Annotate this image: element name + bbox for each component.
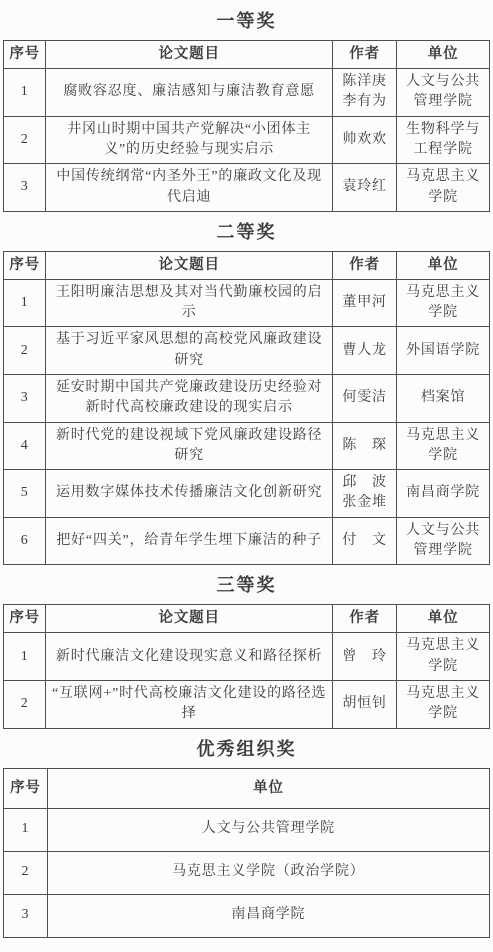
cell-unit: 马克思主义学院	[397, 422, 490, 470]
cell-author: 曹人龙	[333, 327, 397, 375]
cell-author: 付 文	[333, 517, 397, 565]
cell-paper-title: 基于习近平家风思想的高校党风廉政建设研究	[46, 327, 333, 375]
award-section-4: 优秀组织奖 序号单位 1人文与公共管理学院2马克思主义学院（政治学院）3南昌商学…	[3, 735, 490, 938]
table-row: 2基于习近平家风思想的高校党风廉政建设研究曹人龙外国语学院	[4, 327, 490, 375]
table-row: 3中国传统纲常“内圣外王”的廉政文化及现代启迪袁玲红马克思主义学院	[4, 164, 490, 212]
table-head: 序号论文题目作者单位	[4, 605, 490, 633]
column-header-paper-title: 论文题目	[46, 251, 333, 279]
cell-serial: 3	[4, 894, 48, 937]
table-row: 1新时代廉洁文化建设现实意义和路径探析曾 玲马克思主义学院	[4, 633, 490, 681]
cell-unit: 档案馆	[397, 375, 490, 423]
cell-author: 袁玲红	[333, 164, 397, 212]
cell-unit: 马克思主义学院	[397, 633, 490, 681]
cell-unit: 人文与公共管理学院	[47, 808, 489, 851]
cell-unit: 外国语学院	[397, 327, 490, 375]
cell-serial: 5	[4, 470, 46, 518]
column-header-author: 作者	[333, 41, 397, 69]
column-header-serial: 序号	[4, 768, 48, 808]
column-header-paper-title: 论文题目	[46, 41, 333, 69]
cell-author: 董甲河	[333, 279, 397, 327]
award-document: 一等奖 序号论文题目作者单位 1腐败容忍度、廉洁感知与廉洁教育意愿陈洋庚 李有为…	[0, 0, 493, 952]
cell-unit: 人文与公共管理学院	[397, 69, 490, 117]
cell-serial: 2	[4, 327, 46, 375]
table-header-row: 序号论文题目作者单位	[4, 605, 490, 633]
table-row: 2“互联网+”时代高校廉洁文化建设的路径选择胡恒钊马克思主义学院	[4, 680, 490, 728]
cell-serial: 6	[4, 517, 46, 565]
column-header-paper-title: 论文题目	[46, 605, 333, 633]
cell-author: 陈 琛	[333, 422, 397, 470]
cell-unit: 马克思主义学院（政治学院）	[47, 851, 489, 894]
cell-serial: 1	[4, 69, 46, 117]
award-section-3: 三等奖 序号论文题目作者单位 1新时代廉洁文化建设现实意义和路径探析曾 玲马克思…	[3, 571, 490, 728]
table-row: 6把好“四关”，给青年学生埋下廉洁的种子付 文人文与公共管理学院	[4, 517, 490, 565]
cell-unit: 马克思主义学院	[397, 279, 490, 327]
award-table: 序号论文题目作者单位 1王阳明廉洁思想及其对当代勤廉校园的启示董甲河马克思主义学…	[3, 251, 490, 566]
table-body: 1王阳明廉洁思想及其对当代勤廉校园的启示董甲河马克思主义学院2基于习近平家风思想…	[4, 279, 490, 565]
table-body: 1新时代廉洁文化建设现实意义和路径探析曾 玲马克思主义学院2“互联网+”时代高校…	[4, 633, 490, 728]
cell-unit: 人文与公共管理学院	[397, 517, 490, 565]
award-title: 优秀组织奖	[3, 735, 490, 761]
sections-root: 一等奖 序号论文题目作者单位 1腐败容忍度、廉洁感知与廉洁教育意愿陈洋庚 李有为…	[2, 7, 491, 938]
table-row: 2井冈山时期中国共产党解决“小团体主义”的历史经验与现实启示帅欢欢生物科学与工程…	[4, 116, 490, 164]
cell-serial: 2	[4, 116, 46, 164]
table-header-row: 序号论文题目作者单位	[4, 41, 490, 69]
table-row: 5运用数字媒体技术传播廉洁文化创新研究邱 波 张金堆南昌商学院	[4, 470, 490, 518]
award-title: 三等奖	[3, 571, 490, 597]
column-header-serial: 序号	[4, 605, 46, 633]
cell-unit: 南昌商学院	[47, 894, 489, 937]
table-head: 序号论文题目作者单位	[4, 41, 490, 69]
table-head: 序号论文题目作者单位	[4, 251, 490, 279]
cell-paper-title: 新时代廉洁文化建设现实意义和路径探析	[46, 633, 333, 681]
cell-author: 何雯洁	[333, 375, 397, 423]
cell-serial: 4	[4, 422, 46, 470]
cell-paper-title: “互联网+”时代高校廉洁文化建设的路径选择	[46, 680, 333, 728]
table-head: 序号单位	[4, 768, 490, 808]
cell-unit: 生物科学与工程学院	[397, 116, 490, 164]
cell-unit: 南昌商学院	[397, 470, 490, 518]
column-header-serial: 序号	[4, 251, 46, 279]
award-table: 序号论文题目作者单位 1腐败容忍度、廉洁感知与廉洁教育意愿陈洋庚 李有为人文与公…	[3, 40, 490, 212]
table-row: 2马克思主义学院（政治学院）	[4, 851, 490, 894]
cell-unit: 马克思主义学院	[397, 680, 490, 728]
table-row: 1王阳明廉洁思想及其对当代勤廉校园的启示董甲河马克思主义学院	[4, 279, 490, 327]
table-row: 1腐败容忍度、廉洁感知与廉洁教育意愿陈洋庚 李有为人文与公共管理学院	[4, 69, 490, 117]
award-section-2: 二等奖 序号论文题目作者单位 1王阳明廉洁思想及其对当代勤廉校园的启示董甲河马克…	[3, 218, 490, 566]
column-header-unit: 单位	[397, 251, 490, 279]
cell-author: 邱 波 张金堆	[333, 470, 397, 518]
cell-author: 帅欢欢	[333, 116, 397, 164]
cell-paper-title: 井冈山时期中国共产党解决“小团体主义”的历史经验与现实启示	[46, 116, 333, 164]
table-body: 1人文与公共管理学院2马克思主义学院（政治学院）3南昌商学院	[4, 808, 490, 937]
cell-serial: 3	[4, 375, 46, 423]
award-section-1: 一等奖 序号论文题目作者单位 1腐败容忍度、廉洁感知与廉洁教育意愿陈洋庚 李有为…	[3, 7, 490, 212]
cell-paper-title: 腐败容忍度、廉洁感知与廉洁教育意愿	[46, 69, 333, 117]
table-row: 1人文与公共管理学院	[4, 808, 490, 851]
column-header-serial: 序号	[4, 41, 46, 69]
column-header-unit: 单位	[397, 41, 490, 69]
cell-author: 胡恒钊	[333, 680, 397, 728]
cell-paper-title: 延安时期中国共产党廉政建设历史经验对新时代高校廉政建设的现实启示	[46, 375, 333, 423]
cell-serial: 1	[4, 279, 46, 327]
table-body: 1腐败容忍度、廉洁感知与廉洁教育意愿陈洋庚 李有为人文与公共管理学院2井冈山时期…	[4, 69, 490, 212]
table-row: 3南昌商学院	[4, 894, 490, 937]
table-row: 4新时代党的建设视域下党风廉政建设路径研究陈 琛马克思主义学院	[4, 422, 490, 470]
cell-paper-title: 运用数字媒体技术传播廉洁文化创新研究	[46, 470, 333, 518]
cell-serial: 3	[4, 164, 46, 212]
cell-paper-title: 新时代党的建设视域下党风廉政建设路径研究	[46, 422, 333, 470]
cell-serial: 2	[4, 851, 48, 894]
award-table: 序号论文题目作者单位 1新时代廉洁文化建设现实意义和路径探析曾 玲马克思主义学院…	[3, 604, 490, 728]
column-header-unit: 单位	[47, 768, 489, 808]
column-header-unit: 单位	[397, 605, 490, 633]
award-title: 二等奖	[3, 218, 490, 244]
table-header-row: 序号单位	[4, 768, 490, 808]
cell-serial: 1	[4, 808, 48, 851]
table-header-row: 序号论文题目作者单位	[4, 251, 490, 279]
cell-unit: 马克思主义学院	[397, 164, 490, 212]
award-table: 序号单位 1人文与公共管理学院2马克思主义学院（政治学院）3南昌商学院	[3, 768, 490, 938]
cell-paper-title: 王阳明廉洁思想及其对当代勤廉校园的启示	[46, 279, 333, 327]
cell-author: 曾 玲	[333, 633, 397, 681]
cell-author: 陈洋庚 李有为	[333, 69, 397, 117]
cell-serial: 1	[4, 633, 46, 681]
cell-paper-title: 把好“四关”，给青年学生埋下廉洁的种子	[46, 517, 333, 565]
cell-serial: 2	[4, 680, 46, 728]
column-header-author: 作者	[333, 251, 397, 279]
cell-paper-title: 中国传统纲常“内圣外王”的廉政文化及现代启迪	[46, 164, 333, 212]
table-row: 3延安时期中国共产党廉政建设历史经验对新时代高校廉政建设的现实启示何雯洁档案馆	[4, 375, 490, 423]
award-title: 一等奖	[3, 7, 490, 33]
column-header-author: 作者	[333, 605, 397, 633]
